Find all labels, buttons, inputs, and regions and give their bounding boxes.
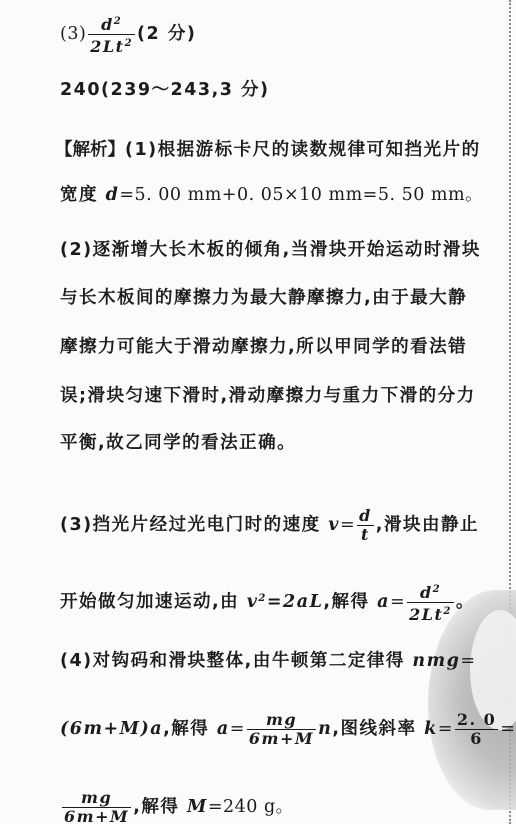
- analysis-p4-line3: mg6m+M,解得 M=240 g。: [60, 790, 294, 824]
- analysis-p2-line3: 摩擦力可能大于滑动摩擦力,所以甲同学的看法错: [60, 337, 467, 357]
- analysis-p2-line2: 与长木板间的摩擦力为最大静摩擦力,由于最大静: [60, 288, 467, 308]
- analysis-p2-line5: 平衡,故乙同学的看法正确。: [60, 433, 296, 453]
- acceleration-fraction: d22Lt2: [407, 582, 454, 623]
- velocity-fraction: dt: [357, 508, 374, 543]
- analysis-p2-line4: 误;滑块匀速下滑时,滑动摩擦力与重力下滑的分力: [60, 386, 476, 406]
- document-page: (3)d22Lt2(2 分) 240(239～243,3 分) 【解析】(1)根…: [0, 0, 516, 824]
- answer-3-fraction: d22Lt2: [88, 14, 135, 55]
- answer-3-score: (2 分): [137, 24, 196, 44]
- acceleration-n-fraction: mg6m+M: [247, 712, 316, 747]
- analysis-p4-line1: (4)对钩码和滑块整体,由牛顿第二定律得 nmg=: [60, 651, 476, 671]
- bleed-through-text: [130, 455, 135, 473]
- answer-4-text: 240(239～243,3 分): [60, 80, 270, 100]
- answer-3-label: (3): [60, 24, 86, 44]
- analysis-p4-line2: (6m+M)a,解得 a=mg6m+Mn,图线斜率 k=2. 06=: [60, 712, 515, 747]
- analysis-p3-line2: 开始做匀加速运动,由 v2=2aL,解得 a=d22Lt2。: [60, 582, 475, 623]
- analysis-heading: 【解析】: [55, 140, 125, 160]
- mass-fraction: mg6m+M: [62, 790, 131, 824]
- analysis-p2-line1: (2)逐渐增大长木板的倾角,当滑块开始运动时滑块: [60, 240, 481, 260]
- slope-fraction: 2. 06: [455, 712, 498, 747]
- analysis-p1-line2: 宽度 d=5. 00 mm+0. 05×10 mm=5. 50 mm。: [60, 185, 483, 205]
- analysis-p3-line1: (3)挡光片经过光电门时的速度 v=dt,滑块由静止: [60, 508, 479, 543]
- answer-4: 240(239～243,3 分): [60, 80, 270, 100]
- answer-3: (3)d22Lt2(2 分): [60, 14, 196, 55]
- analysis-p1-line1: 【解析】(1)根据游标卡尺的读数规律可知挡光片的: [55, 140, 481, 160]
